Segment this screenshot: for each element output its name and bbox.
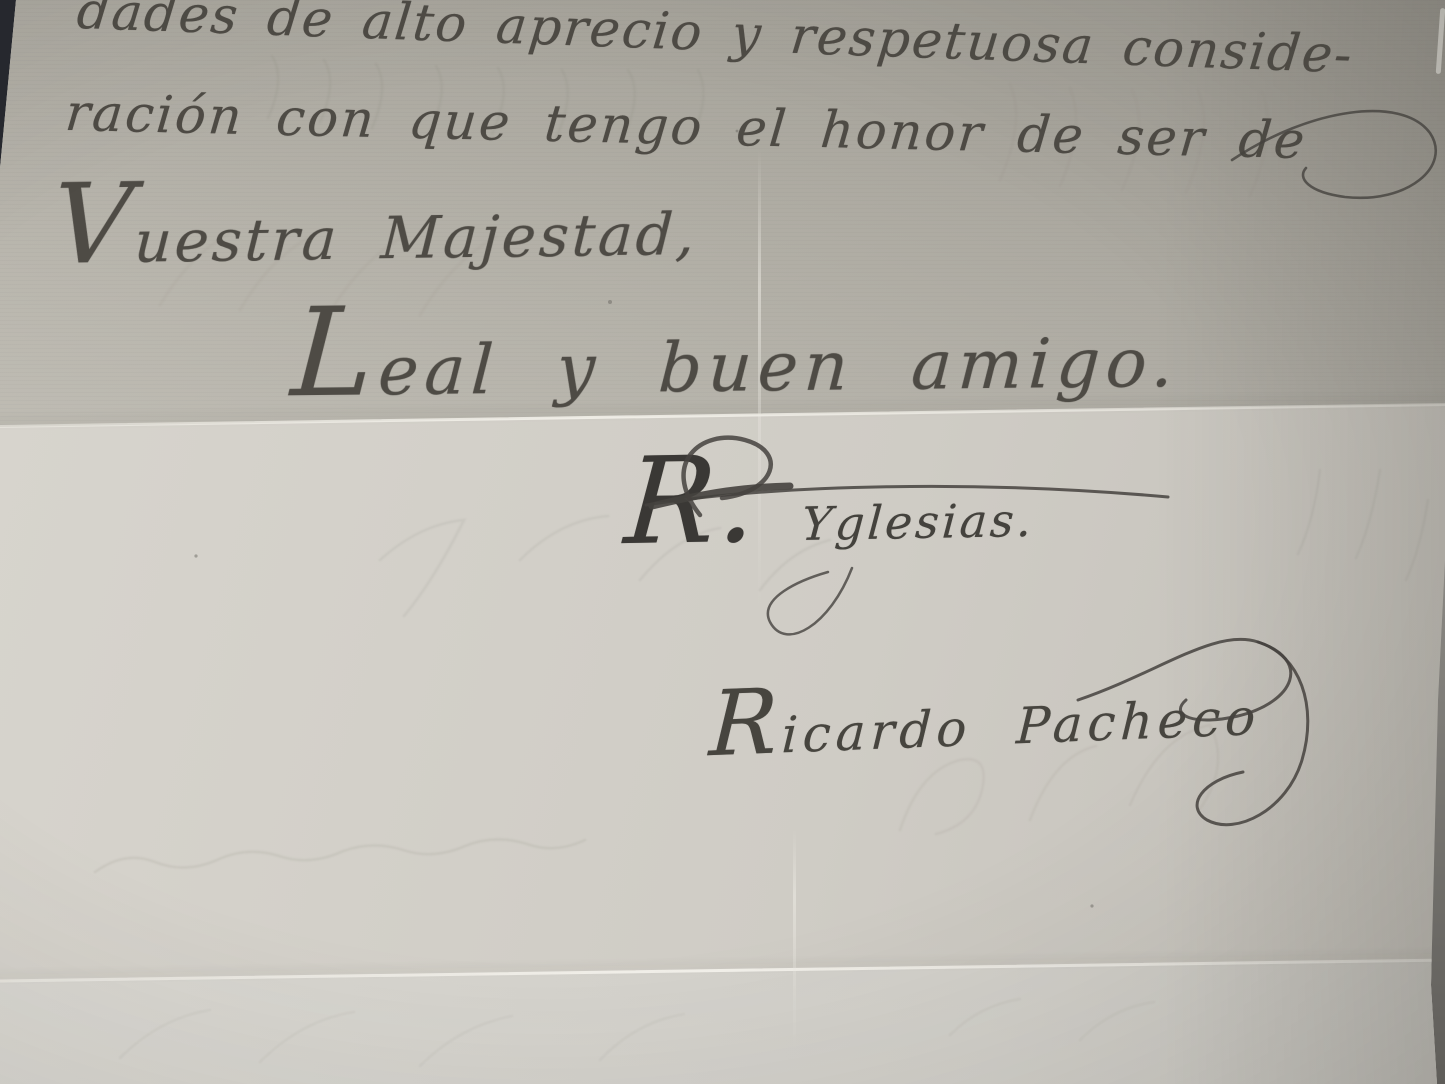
vertical-fold-line-lower (793, 830, 796, 1050)
signature-ricardo-pacheco: Ricardo Pacheco (708, 659, 1264, 770)
paper-sheet: dades de alto aprecio y respetuosa consi… (0, 0, 1445, 1084)
letter-line-3-vuestra-majestad: Vuestra Majestad, (50, 161, 702, 280)
letter-line-4-leal-y-buen-amigo: Leal y buen amigo. (289, 283, 1184, 415)
signature-r-yglesias: R. Yglesias. (622, 436, 1041, 563)
photo-frame: dades de alto aprecio y respetuosa consi… (0, 0, 1445, 1084)
